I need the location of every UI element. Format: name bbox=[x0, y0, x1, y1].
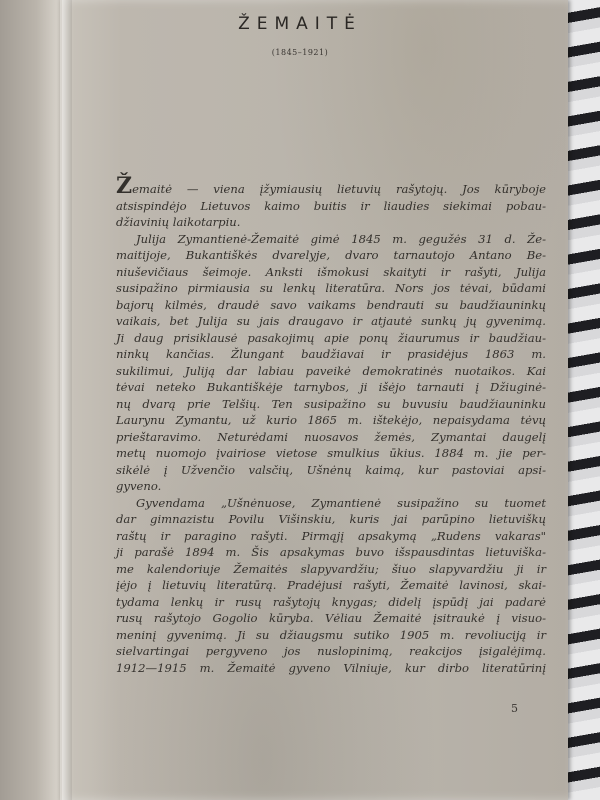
text-line: rusų rašytojo Gogolio kūryba. Vėliau Žem… bbox=[116, 610, 546, 627]
body-text: Žemaitė — viena įžymiausių lietuvių rašy… bbox=[116, 181, 546, 676]
text-line: niuševičiaus šeimoje. Anksti išmokusi sk… bbox=[116, 264, 546, 281]
author-years: (1845–1921) bbox=[0, 48, 600, 57]
text-line: dar gimnazistu Povilu Višinskiu, kuris j… bbox=[116, 511, 546, 528]
text-line: Žemaitė — viena įžymiausių lietuvių rašy… bbox=[116, 181, 546, 198]
text-line: sikėlė į Užvenčio valsčių, Ušnėnų kaimą,… bbox=[116, 462, 546, 479]
text-line: ji parašė 1894 m. Šis apsakymas buvo išs… bbox=[116, 544, 546, 561]
text-line: įėjo į lietuvių literatūrą. Pradėjusi ra… bbox=[116, 577, 546, 594]
drop-cap: Ž bbox=[116, 173, 132, 199]
text-line: meninį gyvenimą. Ji su džiaugsmu sutiko … bbox=[116, 627, 546, 644]
text-line: maitijoje, Bukantiškės dvarelyje, dvaro … bbox=[116, 247, 546, 264]
text-line: sukilimui, Juliją dar labiau paveikė dem… bbox=[116, 363, 546, 380]
text-line: Ji daug prisiklausė pasakojimų apie ponų… bbox=[116, 330, 546, 347]
text-line: sielvartingai pergyveno jos nuslopinimą,… bbox=[116, 643, 546, 660]
page-number: 5 bbox=[511, 702, 518, 715]
text-line-content: emaitė — viena įžymiausių lietuvių rašyt… bbox=[132, 182, 546, 196]
text-line: susipažino pirmiausia su lenkų literatūr… bbox=[116, 280, 546, 297]
text-line: bajorų kilmės, draudė savo vaikams bendr… bbox=[116, 297, 546, 314]
page-fold bbox=[62, 0, 72, 800]
text-line: Gyvendama „Ušnėnuose, Zymantienė susipaž… bbox=[116, 495, 546, 512]
text-line: atsispindėjo Lietuvos kaimo buitis ir li… bbox=[116, 198, 546, 215]
text-line: Julija Zymantienė-Žemaitė gimė 1845 m. g… bbox=[116, 231, 546, 248]
page-title: ŽEMAITĖ bbox=[0, 14, 600, 34]
text-line: tydama lenkų ir rusų rašytojų knygas; di… bbox=[116, 594, 546, 611]
text-line: tėvai neteko Bukantiškėje tarnybos, ji i… bbox=[116, 379, 546, 396]
text-line: vaikais, bet Julija su jais draugavo ir … bbox=[116, 313, 546, 330]
text-line: me kalendoriuje Žemaitės slapyvardžiu; š… bbox=[116, 561, 546, 578]
text-line: 1912—1915 m. Žemaitė gyveno Vilniuje, ku… bbox=[116, 660, 546, 677]
text-line: prieštaravimo. Neturėdami nuosavos žemės… bbox=[116, 429, 546, 446]
text-line: raštų ir paragino rašyti. Pirmąjį apsaky… bbox=[116, 528, 546, 545]
text-line: gyveno. bbox=[116, 478, 546, 495]
text-line: metų nuomojo įvairiose vietose smulkius … bbox=[116, 445, 546, 462]
text-line: Laurynu Zymantu, už kurio 1865 m. ištekė… bbox=[116, 412, 546, 429]
text-line: nų dvarą prie Telšių. Ten susipažino su … bbox=[116, 396, 546, 413]
text-line: ninkų kančias. Žlungant baudžiavai ir pr… bbox=[116, 346, 546, 363]
text-line: džiavinių laikotarpiu. bbox=[116, 214, 546, 231]
